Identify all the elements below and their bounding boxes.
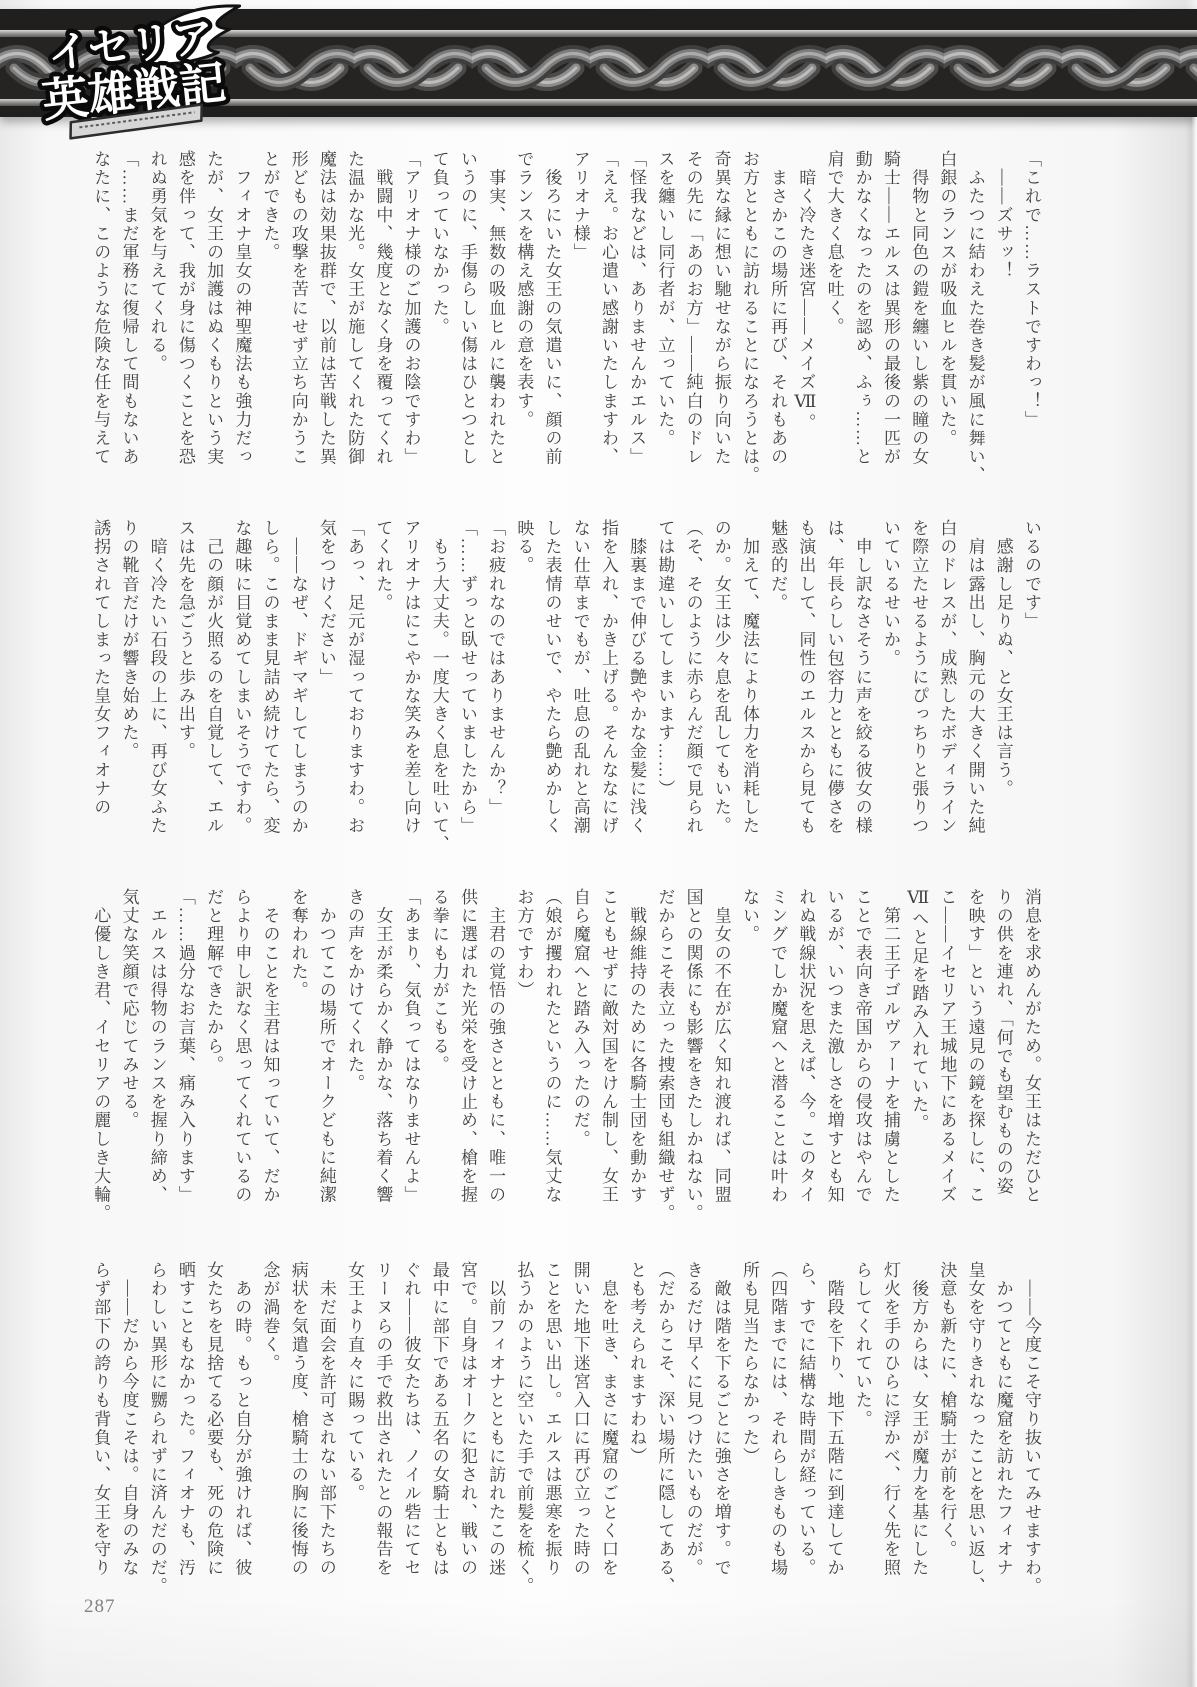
text-line: 動かなくなったのを認め、ふぅ……と (848, 150, 876, 488)
text-line: もう大丈夫。一度大きく息を吐いて、 (425, 519, 453, 857)
text-line: こ――イセリア王城地下にあるメイズ (932, 888, 960, 1226)
text-line: いているせいか。 (876, 519, 904, 857)
text-line: お方ですわ） (509, 888, 537, 1226)
text-line: らず部下の誇りも背負い、女王を守り (86, 1261, 114, 1599)
text-line: スは先を急ごうと歩み出す。 (171, 519, 199, 857)
text-line: ない。 (735, 888, 763, 1226)
text-line: ては勘違いしてしまいます……） (650, 519, 678, 857)
text-line: ――ズサッ！ (989, 150, 1017, 488)
text-line: お方とともに訪れることになろうとは。 (735, 150, 763, 488)
text-line: （四階までには、それらしきものも場 (763, 1261, 791, 1599)
text-line: 「怪我などは、ありませんかエルス」 (622, 150, 650, 488)
text-line: 「……過分なお言葉、痛み入ります」 (171, 888, 199, 1226)
text-line: 暗く冷たき迷宮――メイズⅦ。 (791, 150, 819, 488)
text-line: かつてこの場所でオークどもに純潔 (312, 888, 340, 1226)
text-line: れぬ戦線状況を思えば、今。このタイ (791, 888, 819, 1226)
text-line: 最中に部下である五名の女騎士ともは (425, 1261, 453, 1599)
text-line: 得物と同色の鎧を纏いし紫の瞳の女 (904, 150, 932, 488)
text-line: 息を吐き、まさに魔窟のごとく口を (594, 1261, 622, 1599)
text-line: 映る。 (509, 519, 537, 857)
page-number: 287 (84, 1596, 116, 1618)
text-line: 女王が柔らかく静かな、落ち着く響 (368, 888, 396, 1226)
text-line: てくれた。 (368, 519, 396, 857)
text-line: 宮で。自身はオークに犯され、戦いの (453, 1261, 481, 1599)
text-line: ない仕草までもが、吐息の乱れと高潮 (566, 519, 594, 857)
text-line: その先に「あのお方」――純白のドレ (678, 150, 706, 488)
text-line: とも考えられますわね） (622, 1261, 650, 1599)
text-line: 以前フィオナとともに訪れたこの迷 (481, 1261, 509, 1599)
text-line: 魔法は効果抜群で、以前は苦戦した異 (312, 150, 340, 488)
text-line: 指を入れ、かき上げる。そんななにげ (594, 519, 622, 857)
text-line: 第二王子ゴルヴァーナを捕虜とした (876, 888, 904, 1226)
text-line: な趣味に目覚めてしまいそうですわ。 (227, 519, 255, 857)
text-line: フィオナ皇女の神聖魔法も強力だっ (227, 150, 255, 488)
text-line: 感を伴って、我が身に傷つくことを恐 (171, 150, 199, 488)
text-line: ことで表向き帝国からの侵攻はやんで (848, 888, 876, 1226)
text-line: 女王より直々に賜っている。 (340, 1261, 368, 1599)
text-line: 形どもの攻撃を苦にせず立ち向かうこ (284, 150, 312, 488)
text-line: だと理解できたから。 (199, 888, 227, 1226)
text-line: 「あまり、気負ってはなりませんよ」 (396, 888, 424, 1226)
text-line: 未だ面会を許可されない部下たちの (312, 1261, 340, 1599)
text-section-3: 消息を求めんがため。女王はただひとりの供を連れ、「何でも望むものの姿を映す」とい… (81, 888, 1045, 1226)
text-line: ら、すでに結構な時間が経っている。 (791, 1261, 819, 1599)
text-line: アリオナはにこやかな笑みを差し向け (396, 519, 424, 857)
text-line: れぬ勇気を与えてくれる。 (143, 150, 171, 488)
text-line: かつてともに魔窟を訪れたフィオナ (989, 1261, 1017, 1599)
page-edge-shading (1185, 117, 1197, 1687)
text-line: 皇女の不在が広く知れ渡れば、同盟 (707, 888, 735, 1226)
text-line: 主君の覚悟の強さとともに、唯一の (481, 888, 509, 1226)
text-line: りの靴音だけが響き始めた。 (114, 519, 142, 857)
text-line: まさかこの場所に再び、それもあの (763, 150, 791, 488)
text-line: を際立たせるようにぴっちりと張りつ (904, 519, 932, 857)
text-line: こともせずに敵対国をけん制し、女王 (594, 888, 622, 1226)
text-line: そのことを主君は知っていて、だか (255, 888, 283, 1226)
text-line: 階段を下り、地下五階に到達してか (819, 1261, 847, 1599)
text-line: ――今度こそ守り抜いてみせますわ。 (1017, 1261, 1045, 1599)
text-line: 感謝し足りぬ、と女王は言う。 (989, 519, 1017, 857)
text-line: た温かな光。女王が施してくれた防御 (340, 150, 368, 488)
text-line: ふたつに結わえた巻き髪が風に舞い、 (960, 150, 988, 488)
text-line: 供に選ばれた光栄を受け止め、槍を握 (453, 888, 481, 1226)
text-line: 自ら魔窟へと踏み入ったのだ。 (566, 888, 594, 1226)
text-section-1: 「これで……ラストですわっ！」 ――ズサッ！ ふたつに結わえた巻き髪が風に舞い、… (81, 150, 1045, 488)
text-line: アリオナ様」 (566, 150, 594, 488)
text-line: 開いた地下迷宮入口に再び立った時の (566, 1261, 594, 1599)
text-line: る拳にも力がこもる。 (425, 888, 453, 1226)
text-line: でランスを構え感謝の意を表す。 (509, 150, 537, 488)
text-line: を奪われた。 (284, 888, 312, 1226)
text-line: 暗く冷たい石段の上に、再び女ふた (143, 519, 171, 857)
text-line: 「これで……ラストですわっ！」 (1017, 150, 1045, 488)
text-line: （だからこそ、深い場所に隠してある、 (650, 1261, 678, 1599)
text-line: らより申し訳なく思ってくれているの (227, 888, 255, 1226)
text-line: 後ろにいた女王の気遣いに、顔の前 (537, 150, 565, 488)
text-line: を映す」という遠見の鏡を探しに、こ (960, 888, 988, 1226)
text-line: 後方からは、女王が魔力を基にした (904, 1261, 932, 1599)
text-line: ぐれ――彼女たちは、ノイル砦にてセ (396, 1261, 424, 1599)
logo: イセリア 英雄戦記 (22, 8, 272, 136)
text-line: （そ、そのように赤らんだ顔で見られ (678, 519, 706, 857)
text-line: 決意も新たに、槍騎士が前を行く。 (932, 1261, 960, 1599)
text-line: のか。女王は少々息を乱してもいた。 (707, 519, 735, 857)
text-line: 「……まだ軍務に復帰して間もないあ (114, 150, 142, 488)
text-section-2: いるのです」 感謝し足りぬ、と女王は言う。 肩は露出し、胸元の大きく開いた純白の… (81, 519, 1045, 857)
text-line: ――なぜ、ドギマギしてしまうのか (284, 519, 312, 857)
text-line: 「お疲れなのではありませんか？」 (481, 519, 509, 857)
text-line: 病状を気遣う度、槍騎士の胸に後悔の (284, 1261, 312, 1599)
text-line: て負っていなかった。 (425, 150, 453, 488)
text-line: 念が渦巻く。 (255, 1261, 283, 1599)
text-line: ことを思い出し。エルスは悪寒を振り (537, 1261, 565, 1599)
text-line: いるが、いつまた激しさを増すとも知 (819, 888, 847, 1226)
text-line: 「アリオナ様のご加護のお陰ですわ」 (396, 150, 424, 488)
text-line: 膝裏まで伸びる艶やかな金髪に浅く (622, 519, 650, 857)
page: イセリア 英雄戦記 「これで……ラストですわっ！」 ――ズサッ！ ふたつに結わえ… (0, 0, 1197, 1687)
text-line: あの時。もっと自分が強ければ、彼 (227, 1261, 255, 1599)
text-line: 女たちを見捨てる必要も、死の危険に (199, 1261, 227, 1599)
text-line: 肩で大きく息を吐く。 (819, 150, 847, 488)
text-line: 白銀のランスが吸血ヒルを貫いた。 (932, 150, 960, 488)
text-line: らわしい異形に嬲られずに済んだのだ。 (143, 1261, 171, 1599)
text-line: 「あっ、足元が湿っておりますわ。お (340, 519, 368, 857)
text-line: 奇異な縁に想い馳せながら振り向いた (707, 150, 735, 488)
text-line: 国との関係にも影響をきたしかねない。 (678, 888, 706, 1226)
text-line: きの声をかけてくれた。 (340, 888, 368, 1226)
text-line: 白のドレスが、成熟したボディライン (932, 519, 960, 857)
text-line: きるだけ早くに見つけたいものだが。 (678, 1261, 706, 1599)
text-line: スを纏いし同行者が、立っていた。 (650, 150, 678, 488)
text-line: ミングでしか魔窟へと潜ることは叶わ (763, 888, 791, 1226)
text-line: なたに、このような危険な任を与えて (86, 150, 114, 488)
text-line: 消息を求めんがため。女王はただひと (1017, 888, 1045, 1226)
text-line: 己の顔が火照るのを自覚して、エル (199, 519, 227, 857)
text-line: とができた。 (255, 150, 283, 488)
text-line: （娘が攫われたというのに……気丈な (537, 888, 565, 1226)
text-line: 肩は露出し、胸元の大きく開いた純 (960, 519, 988, 857)
text-line: Ⅶへと足を踏み入れていた。 (904, 888, 932, 1226)
text-line: リーヌらの手で救出されたとの報告を (368, 1261, 396, 1599)
text-line: 気丈な笑顔で応じてみせる。 (114, 888, 142, 1226)
text-line: 敵は階を下るごとに強さを増す。で (707, 1261, 735, 1599)
text-line: いるのです」 (1017, 519, 1045, 857)
text-line: も演出して、同性のエルスから見ても (791, 519, 819, 857)
text-line: 「……ずっと臥せっていましたから」 (453, 519, 481, 857)
text-line: らしてくれていた。 (848, 1261, 876, 1599)
text-line: 事実、無数の吸血ヒルに襲われたと (481, 150, 509, 488)
text-line: 誘拐されてしまった皇女フィオナの (86, 519, 114, 857)
text-line: 騎士――エルスは異形の最後の一匹が (876, 150, 904, 488)
text-line: エルスは得物のランスを握り締め、 (143, 888, 171, 1226)
text-line: りの供を連れ、「何でも望むものの姿 (989, 888, 1017, 1226)
text-line: 気をつけください」 (312, 519, 340, 857)
text-line: 加えて、魔法により体力を消耗した (735, 519, 763, 857)
text-line: 皇女を守りきれなったことを思い返し、 (960, 1261, 988, 1599)
text-line: 払うかのように空いた手で前髪を梳く。 (509, 1261, 537, 1599)
text-line: 魅惑的だ。 (763, 519, 791, 857)
text-line: は、年長らしい包容力とともに儚さを (819, 519, 847, 857)
text-line: 「ええ。お心遣い感謝いたしますわ、 (594, 150, 622, 488)
text-line: いうのに、手傷らしい傷はひとつとし (453, 150, 481, 488)
text-line: 所も見当たらなかった） (735, 1261, 763, 1599)
text-line: 戦闘中、幾度となく身を覆ってくれ (368, 150, 396, 488)
text-line: 心優しき君、イセリアの麗しき大輪。 (86, 888, 114, 1226)
text-line: ――だから今度こそは。自身のみな (114, 1261, 142, 1599)
text-line: 戦線維持のために各騎士団を動かす (622, 888, 650, 1226)
text-line: 灯火を手のひらに浮かべ、行く先を照 (876, 1261, 904, 1599)
text-section-4: ――今度こそ守り抜いてみせますわ。 かつてともに魔窟を訪れたフィオナ皇女を守りき… (81, 1261, 1045, 1599)
text-line: した表情のせいで、やたら艶めかしく (537, 519, 565, 857)
text-line: だからこそ表立った捜索団も組織せず。 (650, 888, 678, 1226)
text-line: たが、女王の加護はぬくもりという実 (199, 150, 227, 488)
text-line: 晒すこともなかった。フィオナも、汚 (171, 1261, 199, 1599)
text-line: しら。このまま見詰め続けてたら、変 (255, 519, 283, 857)
text-line: 申し訳なさそうに声を絞る彼女の様 (848, 519, 876, 857)
